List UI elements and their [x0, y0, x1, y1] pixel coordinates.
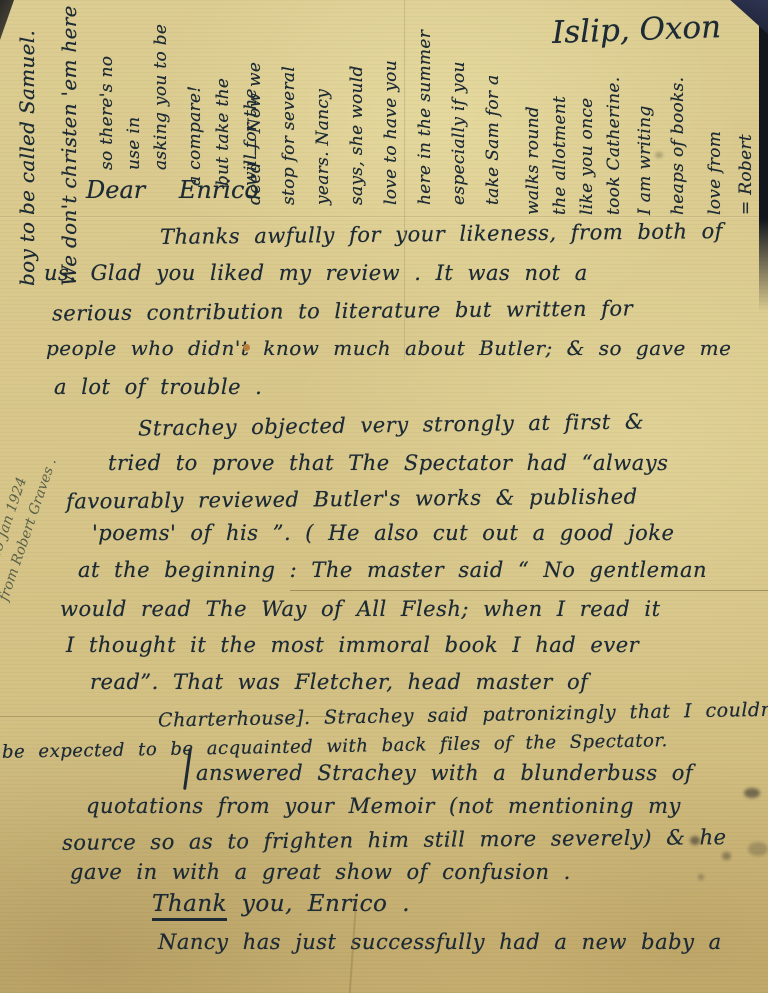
letter-line: Nancy has just successfully had a new ba… [158, 930, 722, 954]
letter-line: serious contribution to literature but w… [52, 296, 633, 325]
letter-line: 'poems' of his ”. ( He also cut out a go… [92, 521, 674, 545]
letter-line: gave in with a great show of confusion . [70, 860, 571, 884]
thank-you-rest: you, Enrico . [227, 891, 410, 917]
letter-paper: boy to be called Samuel. We don't christ… [0, 0, 768, 993]
ink-smudge [698, 874, 704, 880]
postscript-column-group-4: deed — Now we stop for several years. Na… [238, 7, 510, 205]
letter-line: would read The Way of All Flesh; when I … [60, 597, 661, 621]
letter-line: I thought it the most immoral book I had… [66, 633, 639, 657]
letter-line: tried to prove that The Spectator had “a… [108, 451, 668, 475]
salutation: Dear Enrico [86, 176, 259, 204]
letter-line: be expected to be acquainted with back f… [2, 730, 668, 763]
letter-line: Thanks awfully for your likeness, from b… [160, 219, 723, 249]
letter-line: read”. That was Fletcher, head master of [90, 670, 588, 694]
paper-fleck [243, 344, 250, 351]
letter-line: us. Glad you liked my review . It was no… [44, 261, 588, 285]
scan-edge [759, 0, 768, 312]
postscript-column-group-6: I am writing heaps of books. [629, 70, 695, 215]
letter-line: Charterhouse]. Strachey said patronizing… [158, 699, 768, 732]
paper-crease [0, 216, 768, 218]
thank-you-line: Thank you, Enrico . [152, 891, 410, 917]
letter-line: people who didn't know much about Butler… [46, 336, 731, 360]
letter-line: quotations from your Memoir (not mention… [86, 794, 681, 818]
letter-line: source so as to frighten him still more … [62, 825, 727, 855]
letter-line: Strachey objected very strongly at first… [138, 409, 644, 440]
ink-smudge [655, 152, 663, 158]
ink-smudge [744, 788, 760, 798]
paper-crease [0, 716, 360, 717]
postscript-column-group-5: walks round the allotment like you once … [520, 50, 628, 215]
letter-line: at the beginning : The master said “ No … [78, 558, 707, 582]
paper-crease [290, 590, 768, 591]
letter-line: favourably reviewed Butler's works & pub… [66, 485, 638, 514]
underlined-word: Thank [152, 891, 227, 921]
letterhead-place: Islip, Oxon [551, 9, 721, 51]
postscript-column-group-1: boy to be called Samuel. We don't christ… [6, 4, 90, 286]
postscript-column-group-7: love from = Robert [700, 80, 762, 215]
letter-line: a lot of trouble . [54, 375, 262, 399]
ink-smudge [722, 852, 731, 860]
postscript-column-group-2: so there's no use in asking you to be [94, 20, 175, 170]
paper-crease [404, 0, 406, 360]
letter-line: answered Strachey with a blunderbuss of [196, 761, 693, 785]
ink-smudge [748, 842, 768, 856]
ink-smudge [690, 836, 700, 845]
